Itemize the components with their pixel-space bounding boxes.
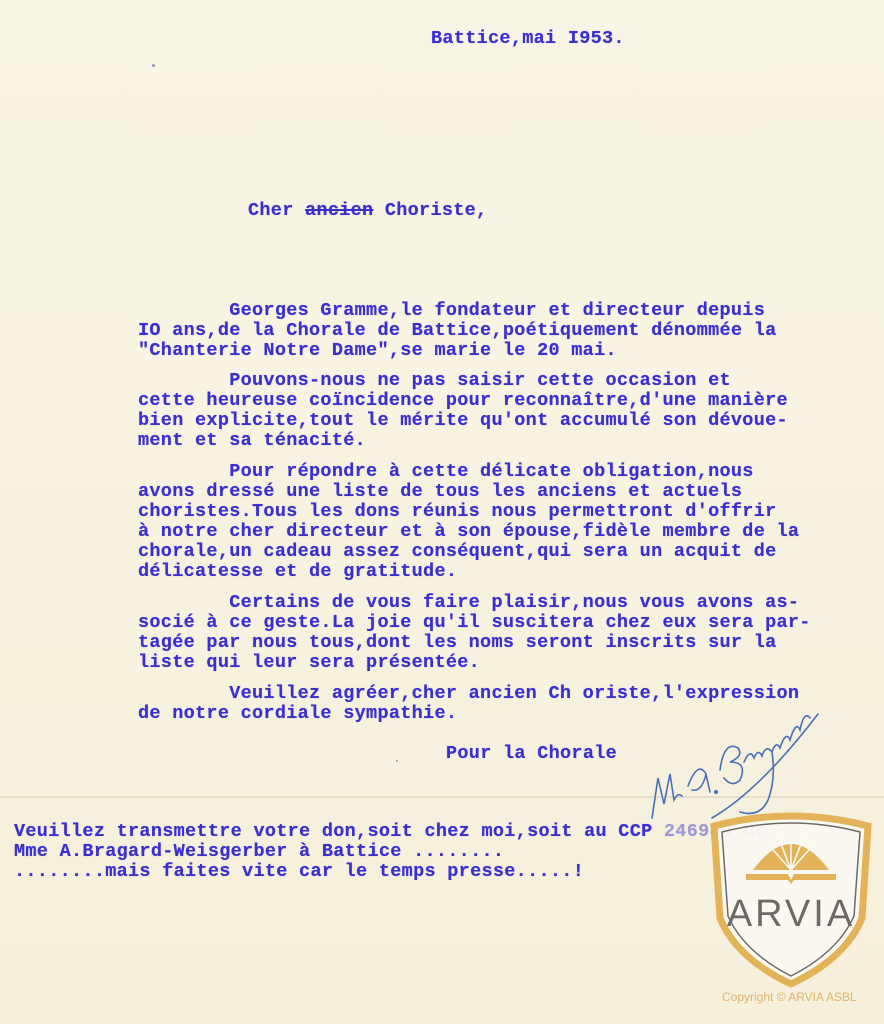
text-line: avons dressé une liste de tous les ancie… [138, 482, 799, 502]
text-line: bien explicite,tout le mérite qu'ont acc… [138, 411, 788, 431]
watermark-logo-text: ARVIA [706, 893, 876, 936]
text-line: Veuillez transmettre votre don,soit chez… [14, 822, 767, 842]
text-line: Pouvons-nous ne pas saisir cette occasio… [138, 371, 788, 391]
text-line: chorale,un cadeau assez conséquent,qui s… [138, 542, 799, 562]
paper-speck [152, 64, 155, 67]
letter-date: Battice,mai I953. [431, 29, 625, 49]
text-line: "Chanterie Notre Dame",se marie le 20 ma… [138, 341, 777, 361]
copyright-notice: Copyright © ARVIA ASBL [722, 990, 882, 1004]
text-line: Certains de vous faire plaisir,nous vous… [138, 593, 811, 613]
paragraph-4: Certains de vous faire plaisir,nous vous… [138, 593, 811, 673]
text-line: à notre cher directeur et à son épouse,f… [138, 522, 799, 542]
footer-note: Veuillez transmettre votre don,soit chez… [14, 822, 767, 882]
text-line: socié à ce geste.La joie qu'il suscitera… [138, 613, 811, 633]
paragraph-1: Georges Gramme,le fondateur et directeur… [138, 301, 777, 361]
closing: Pour la Chorale [446, 744, 617, 764]
salutation: Cher ancien Choriste, [248, 201, 487, 221]
text-line: Georges Gramme,le fondateur et directeur… [138, 301, 777, 321]
struck-word: ancien [305, 200, 373, 221]
text-line: délicatesse et de gratitude. [138, 562, 799, 582]
paragraph-2: Pouvons-nous ne pas saisir cette occasio… [138, 371, 788, 451]
text-line: Mme A.Bragard-Weisgerber à Battice .....… [14, 842, 767, 862]
salutation-after: Choriste, [373, 200, 487, 221]
text-line: Pour répondre à cette délicate obligatio… [138, 462, 799, 482]
text-line: liste qui leur sera présentée. [138, 653, 811, 673]
text-line: IO ans,de la Chorale de Battice,poétique… [138, 321, 777, 341]
salutation-before: Cher [248, 200, 305, 221]
text-line: ment et sa ténacité. [138, 431, 788, 451]
text-line: choristes.Tous les dons réunis nous perm… [138, 502, 799, 522]
footer-line-1: Veuillez transmettre votre don,soit chez… [14, 821, 664, 842]
text-line: tagée par nous tous,dont les noms seront… [138, 633, 811, 653]
text-line: cette heureuse coïncidence pour reconnaî… [138, 391, 788, 411]
paper-speck [396, 760, 398, 762]
text-line: ........mais faites vite car le temps pr… [14, 862, 767, 882]
paragraph-3: Pour répondre à cette délicate obligatio… [138, 462, 799, 582]
